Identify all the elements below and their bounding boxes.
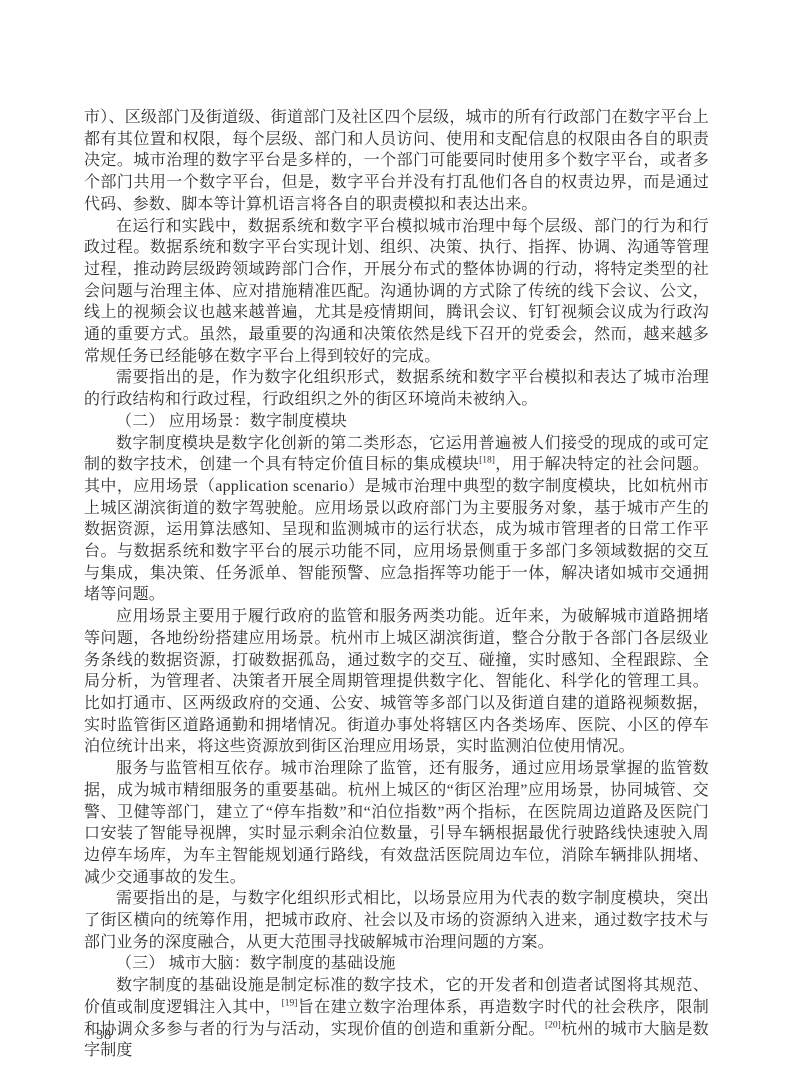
article-body: 市）、区级部门及街道级、街道部门及社区四个层级，城市的所有行政部门在数字平台上都… (84, 107, 709, 1062)
text-run: ，用于解决特定的社会问题。其中，应用场景（application scenari… (84, 456, 709, 603)
text-run: （二） 应用场景：数字制度模块 (116, 413, 347, 430)
paragraph: 需要指出的是，与数字化组织形式相比，以场景应用为代表的数字制度模块，突出了街区横… (84, 888, 709, 953)
text-run: 服务与监管相互依存。城市治理除了监管，还有服务，通过应用场景掌握的监管数据，成为… (84, 760, 709, 886)
text-run: 需要指出的是，与数字化组织形式相比，以场景应用为代表的数字制度模块，突出了街区横… (84, 890, 709, 950)
citation-marker: [19] (282, 999, 298, 1009)
citation-marker: [18] (479, 456, 495, 466)
paragraph: 服务与监管相互依存。城市治理除了监管，还有服务，通过应用场景掌握的监管数据，成为… (84, 758, 709, 888)
text-run: 需要指出的是，作为数字化组织形式，数据系统和数字平台模拟和表达了城市治理的行政结… (84, 369, 709, 408)
text-run: 应用场景主要用于履行政府的监管和服务两类功能。近年来，为破解城市道路拥堵等问题，… (84, 608, 709, 755)
text-run: 在运行和实践中，数据系统和数字平台模拟城市治理中每个层级、部门的行为和行政过程。… (84, 218, 709, 365)
paragraph: 在运行和实践中，数据系统和数字平台模拟城市治理中每个层级、部门的行为和行政过程。… (84, 216, 709, 368)
paragraph: 需要指出的是，作为数字化组织形式，数据系统和数字平台模拟和表达了城市治理的行政结… (84, 367, 709, 410)
page-number: · 38 · (86, 1028, 122, 1044)
section-heading: （三） 城市大脑：数字制度的基础设施 (84, 953, 709, 975)
paragraph: 数字制度的基础设施是制定标准的数字技术，它的开发者和创造者试图将其规范、价值或制… (84, 975, 709, 1062)
paragraph: 市）、区级部门及街道级、街道部门及社区四个层级，城市的所有行政部门在数字平台上都… (84, 107, 709, 216)
text-run: 市）、区级部门及街道级、街道部门及社区四个层级，城市的所有行政部门在数字平台上都… (84, 109, 709, 213)
section-heading: （二） 应用场景：数字制度模块 (84, 411, 709, 433)
citation-marker: [20] (545, 1020, 561, 1030)
paragraph: 数字制度模块是数字化创新的第二类形态，它运用普遍被人们接受的现成的或可定制的数字… (84, 433, 709, 607)
document-page: 市）、区级部门及街道级、街道部门及社区四个层级，城市的所有行政部门在数字平台上都… (0, 0, 793, 1077)
text-run: （三） 城市大脑：数字制度的基础设施 (116, 955, 396, 972)
paragraph: 应用场景主要用于履行政府的监管和服务两类功能。近年来，为破解城市道路拥堵等问题，… (84, 606, 709, 758)
